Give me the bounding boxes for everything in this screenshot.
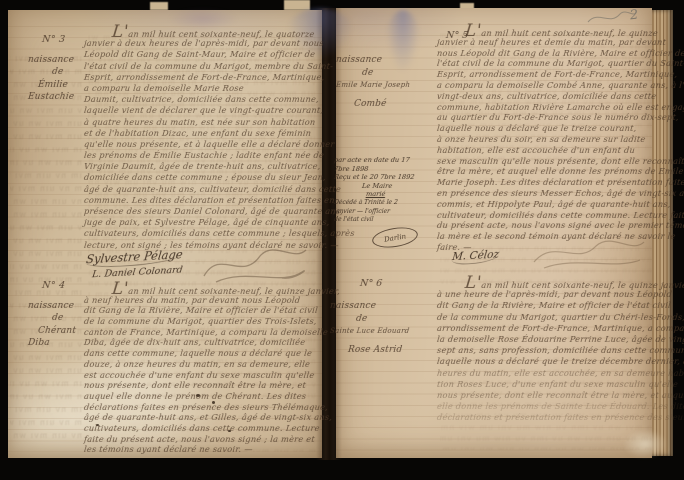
manuscript-line: cultivateur, domiciliés dans cette commu… xyxy=(436,210,653,221)
manuscript-line: Emile Marie Joseph xyxy=(335,79,436,92)
manuscript-line: à quatre heures du matin, est née sur so… xyxy=(83,117,322,128)
manuscript-line: déclarations faites en présence des sieu… xyxy=(83,402,322,413)
manuscript-line: heures du matin, elle est accouchée, en … xyxy=(436,368,653,379)
signature-flourish xyxy=(198,242,316,288)
manuscript-line: les prénoms de Émilie Eustachie ; ladite… xyxy=(83,150,322,161)
manuscript-line: Virginie Daumit, âgée de trente-huit ans… xyxy=(83,161,322,172)
manuscript-line: 7bre 1898 xyxy=(334,165,447,174)
register-photo: ım nv uın mvı wn uv ımn vu nıw mu vnı um… xyxy=(0,0,684,480)
paper-fragment xyxy=(284,0,310,10)
manuscript-line: et de l'habitation Dizac, une enfant du … xyxy=(83,128,322,139)
manuscript-line: à neuf heures du matin, par devant nous … xyxy=(83,295,322,306)
manuscript-line: commis, et Hippolyte Paul, âgé de quaran… xyxy=(436,199,653,210)
manuscript-line: cultivateurs, domiciliés dans cette comm… xyxy=(83,228,322,239)
manuscript-line: canton de France, Martinique, a comparu … xyxy=(83,327,322,338)
manuscript-line: arrondissement de Fort-de-France, Martin… xyxy=(436,323,653,334)
manuscript-line: domiciliée dans cette commune ; épouse d… xyxy=(83,172,322,183)
manuscript-line: juge de paix, et Sylvestre Pélage, âgé d… xyxy=(83,217,322,228)
manuscript-line: auquel elle donne le prénom de Chérant. … xyxy=(83,391,322,402)
act5-body-text: L'an mil huit cent soixante-neuf, le qui… xyxy=(437,26,653,253)
manuscript-line: Léopold dit Gang de Saint-Maur, Maire et… xyxy=(83,49,322,60)
manuscript-line: de la commune du Marigot, quartier du Ch… xyxy=(436,312,653,323)
act4-body-text: L'an mil huit cent soixante-neuf, le qui… xyxy=(84,284,322,455)
manuscript-line: dit Gang de la Rivière, Maire et officie… xyxy=(436,300,653,311)
manuscript-line: de l'état civil xyxy=(334,216,447,225)
manuscript-line: dit Gang de la Rivière, Maire et officie… xyxy=(83,305,322,316)
manuscript-line: les témoins ayant déclaré ne savoir. — xyxy=(83,444,322,455)
manuscript-line: Rose Astrid xyxy=(347,344,434,357)
manuscript-line: nous présente, dont elle reconnaît être … xyxy=(436,390,653,401)
manuscript-line: à onze heures du soir, en sa demeure sur… xyxy=(436,134,653,145)
manuscript-line: être la mère, et auquel elle donne les p… xyxy=(436,166,653,177)
manuscript-line: laquelle vient de déclarer que le vingt-… xyxy=(83,105,322,116)
manuscript-line: par acte en date du 17 xyxy=(334,156,447,165)
manuscript-line: tion Roses Luce, d'une enfant du sexe ma… xyxy=(436,379,653,390)
manuscript-line: Combé xyxy=(353,98,436,111)
manuscript-line: de la commune du Marigot, quartier des T… xyxy=(83,316,322,327)
manuscript-line: Daumit, cultivatrice, domiciliée dans ce… xyxy=(83,94,322,105)
manuscript-line: de xyxy=(355,313,434,326)
manuscript-line: présence des sieurs Daniel Colonard, âgé… xyxy=(83,206,322,217)
manuscript-line: a comparu la demoiselle Marie Rose xyxy=(83,83,322,94)
manuscript-line: habitation, elle est accouchée d'un enfa… xyxy=(436,145,653,156)
paper-fragment xyxy=(150,2,168,10)
manuscript-line: Décédé à Trinité le 2 xyxy=(334,199,447,208)
manuscript-line: dans cette commune, laquelle nous a décl… xyxy=(83,348,322,359)
manuscript-line: du présent acte, nous l'avons signé avec… xyxy=(436,220,653,231)
manuscript-line: à une heure de l'après-midi, par devant … xyxy=(436,289,653,300)
act6-body-text: L'an mil huit cent soixante-neuf, le qui… xyxy=(437,278,653,423)
act6-margin-note: naissancedeSainte Luce EdouardRose Astri… xyxy=(330,300,434,356)
manuscript-line: marié xyxy=(366,190,447,199)
manuscript-line: Diba, âgée de dix-huit ans, cultivatrice… xyxy=(83,337,322,348)
manuscript-line: janvier — l'officier xyxy=(334,208,447,217)
manuscript-line: sept ans, sans profession, domiciliée da… xyxy=(436,345,653,356)
signature-flourish xyxy=(530,236,650,274)
act5-marginal-annotation: par acte en date du 177bre 1898Reçu et l… xyxy=(334,156,446,225)
manuscript-line: L'an mil huit cent soixante-neuf, le qui… xyxy=(83,284,322,295)
manuscript-line: âgé de quarante-huit ans, cultivateur, d… xyxy=(83,184,322,195)
manuscript-line: nous présente, dont elle reconnaît être … xyxy=(83,380,322,391)
manuscript-line: qu'elle nous présente, et à laquelle ell… xyxy=(83,139,322,150)
manuscript-line: vingt-deux ans, cultivatrice, domiciliée… xyxy=(436,91,653,102)
manuscript-line: cultivateurs, domiciliés dans cette comm… xyxy=(83,423,322,434)
manuscript-line: a comparu la demoiselle Combé Anne, quar… xyxy=(436,80,653,91)
act5-margin-note: naissancedeEmile Marie JosephCombé xyxy=(336,54,436,110)
manuscript-line: janvier à neuf heures et demie du matin,… xyxy=(436,37,653,48)
manuscript-line: L'an mil huit cent soixante-neuf, le qua… xyxy=(83,27,322,38)
manuscript-line: Reçu et le 20 7bre 1892 xyxy=(334,173,447,182)
manuscript-line: sexe masculin qu'elle nous présente, don… xyxy=(436,156,653,167)
manuscript-line: naissance xyxy=(329,300,434,313)
manuscript-line: faite du présent acte, nous l'avons sign… xyxy=(83,434,322,445)
manuscript-line: laquelle nous a déclaré que le treize co… xyxy=(436,123,653,134)
manuscript-line: en présence des sieurs Messer Echos, âgé… xyxy=(436,188,653,199)
manuscript-line: nous Léopold dit Gang de la Rivière, Mai… xyxy=(436,48,653,59)
manuscript-line: douze, à onze heures du matin, en sa dem… xyxy=(83,359,322,370)
manuscript-line: commune. Les dites déclaration et présen… xyxy=(83,195,322,206)
manuscript-line: l'état civil de la commune du Marigot, m… xyxy=(83,61,322,72)
manuscript-line: Esprit, arrondissement de Fort-de-France… xyxy=(83,72,322,83)
manuscript-line: est accouchée d'une enfant du sexe mascu… xyxy=(83,370,322,381)
manuscript-line: commune, habitation Rivière Lamarche où … xyxy=(436,102,653,113)
manuscript-line: Marie Joseph. Les dites déclaration et p… xyxy=(436,177,653,188)
manuscript-line: l'état civil de la commune du Marigot, q… xyxy=(436,58,653,69)
manuscript-line: Sainte Luce Edouard xyxy=(329,325,434,338)
manuscript-line: au quartier du Fort-de-France sous le nu… xyxy=(436,112,653,123)
manuscript-line: L'an mil huit cent soixante-neuf, le qui… xyxy=(436,278,653,289)
manuscript-line: laquelle nous a déclaré que le treize dé… xyxy=(436,356,653,367)
manuscript-line: la demoiselle Rose Édouarine Perrine Luc… xyxy=(436,334,653,345)
manuscript-line: Esprit, arrondissement de Fort-de-France… xyxy=(436,69,653,80)
manuscript-line: naissance xyxy=(335,54,436,67)
manuscript-line: elle donne les prénoms de Sainte Luce Éd… xyxy=(436,401,653,412)
manuscript-line: âgé de quarante-huit ans, et Gilles, âgé… xyxy=(83,412,322,423)
manuscript-line: janvier à deux heures de l'après-midi, p… xyxy=(83,38,322,49)
pencil-page-number: 2 xyxy=(629,8,639,24)
act3-body-text: L'an mil huit cent soixante-neuf, le qua… xyxy=(84,27,322,251)
manuscript-line: déclarations et présentation faites en p… xyxy=(436,412,653,423)
manuscript-line: de xyxy=(361,67,436,80)
act6-number: N° 6 xyxy=(359,278,382,289)
